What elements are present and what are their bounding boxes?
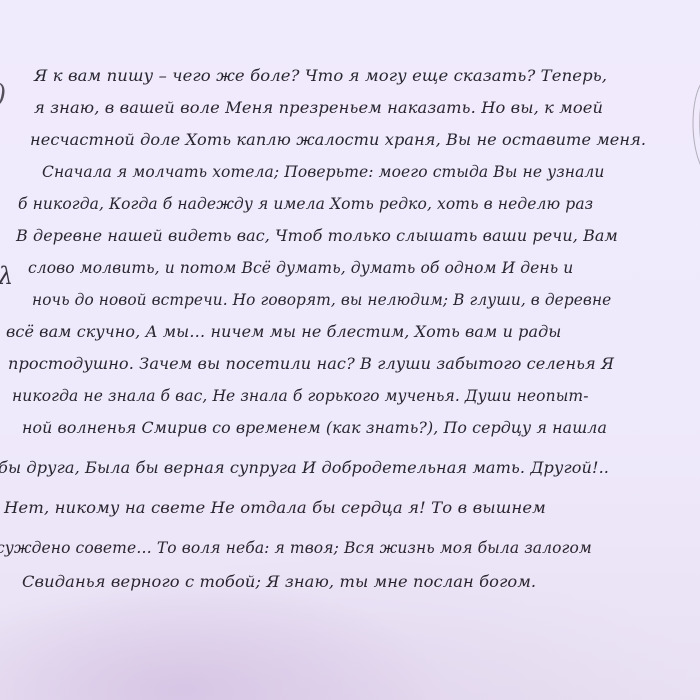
letter-line-14: Нет, никому на свете Не отдала бы сердца… — [4, 499, 546, 517]
right-edge-flourish — [688, 80, 700, 170]
letter-line-5: б никогда, Когда б надежду я имела Хоть … — [18, 195, 593, 213]
letter-line-1: Я к вам пишу – чего же боле? Что я могу … — [34, 67, 607, 85]
letter-line-7: слово молвить, и потом Всё думать, думат… — [28, 259, 573, 277]
letter-line-3: несчастной доле Хоть каплю жалости храня… — [30, 131, 646, 149]
letter-line-13: бы друга, Была бы верная супруга И добро… — [0, 459, 609, 477]
letter-line-10: простодушно. Зачем вы посетили нас? В гл… — [8, 355, 614, 373]
letter-line-12: ной волненья Смирив со временем (как зна… — [22, 419, 607, 437]
letter-line-8: ночь до новой встречи. Но говорят, вы не… — [32, 291, 611, 309]
letter-line-15: суждено совете… То воля неба: я твоя; Вс… — [0, 539, 592, 557]
letter-line-4: Сначала я молчать хотела; Поверьте: моег… — [42, 163, 605, 181]
letter-line-9: всё вам скучно, А мы… ничем мы не блести… — [6, 323, 561, 341]
letter-line-16: Свиданья верного с тобой; Я знаю, ты мне… — [22, 573, 536, 591]
handwritten-letter: ) λ Я к вам пишу – чего же боле? Что я м… — [0, 0, 700, 700]
letter-line-11: никогда не знала б вас, Не знала б горьк… — [12, 387, 589, 405]
letter-line-6: В деревне нашей видеть вас, Чтоб только … — [16, 227, 618, 245]
left-margin-mark-middle: λ — [0, 262, 13, 290]
left-margin-mark-top: ) — [0, 80, 6, 110]
letter-line-2: я знаю, в вашей воле Меня презреньем нак… — [34, 99, 603, 117]
